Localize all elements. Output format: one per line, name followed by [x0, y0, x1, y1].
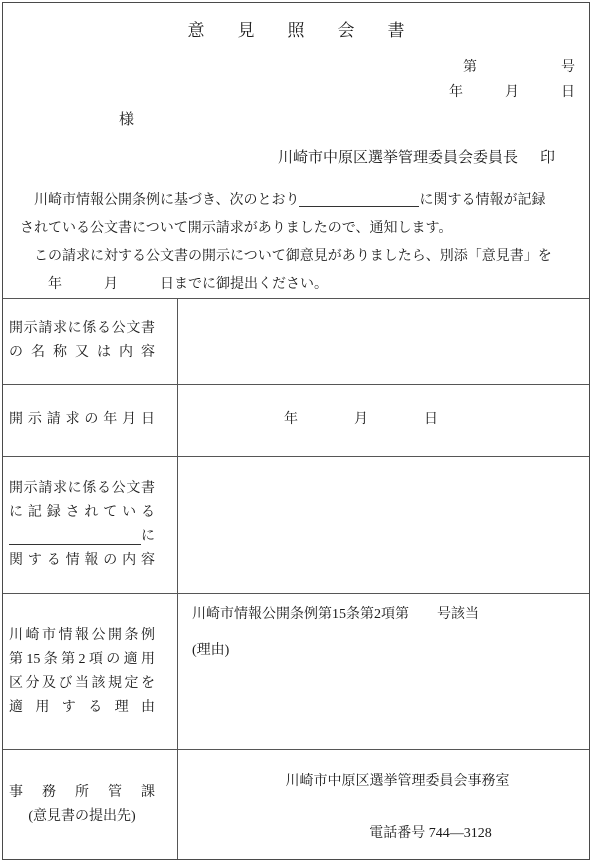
table-row-office-in-charge: 事務所管課 (意見書の提出先) 川崎市中原区選挙管理委員会事務室 電話番号 74…: [3, 750, 589, 859]
row-label: 開示請求に係る公文書 の名称又は内容: [3, 299, 178, 384]
row-label: 開示請求に係る公文書 に記録されている に 関する情報の内容: [3, 457, 178, 594]
addressee-honorific: 様: [119, 108, 134, 129]
label-line: (意見書の提出先): [9, 805, 155, 829]
label-line: 川崎市情報公開条例: [9, 624, 155, 648]
body-paragraphs: 川崎市情報公開条例に基づき、次のとおりに関する情報が記録 されている公文書につい…: [20, 187, 579, 299]
paragraph-1-line-1: 川崎市情報公開条例に基づき、次のとおりに関する情報が記録: [20, 187, 579, 215]
label-line: に: [141, 525, 155, 549]
label-line: 開示請求の年月日: [9, 408, 155, 432]
label-line: 区分及び当該規定を: [9, 672, 155, 696]
table-row-request-date: 開示請求の年月日 年 月 日: [3, 385, 589, 457]
doc-number-line: 第 号: [449, 55, 575, 80]
row-value-empty: [178, 299, 589, 384]
label-line: 事務所管課: [9, 781, 155, 805]
row-value-date: 年 月 日: [178, 385, 589, 456]
doc-number-block: 第 号 年 月 日: [449, 55, 575, 105]
document-page: 意 見 照 会 書 第 号 年 月 日 様 川崎市中原区選挙管理委員会委員長印 …: [2, 2, 590, 860]
office-name: 川崎市中原区選挙管理委員会事務室: [178, 750, 589, 794]
table-row-ordinance-reason: 川崎市情報公開条例 第15条第2項の適用 区分及び当該規定を 適用する理由 川崎…: [3, 594, 589, 750]
reason-label: (理由): [178, 639, 589, 663]
phone-number: 電話番号 744―3128: [178, 822, 589, 846]
label-line-with-blank: に: [9, 525, 155, 549]
paragraph-3: 年 月 日までに御提出ください。: [20, 271, 579, 299]
row-label: 開示請求の年月日: [3, 385, 178, 456]
row-label: 事務所管課 (意見書の提出先): [3, 750, 178, 859]
document-title: 意 見 照 会 書: [3, 16, 589, 41]
p1-text-before-blank: 川崎市情報公開条例に基づき、次のとおり: [20, 193, 299, 208]
blank-underline: [299, 193, 419, 207]
blank-underline: [9, 531, 141, 545]
seal-mark: 印: [540, 150, 555, 166]
row-value-ordinance: 川崎市情報公開条例第15条第2項第 号該当 (理由): [178, 594, 589, 749]
label-line: に記録されている: [9, 501, 155, 525]
table-row-document-name: 開示請求に係る公文書 の名称又は内容: [3, 299, 589, 385]
issuer-name: 川崎市中原区選挙管理委員会委員長: [278, 150, 518, 166]
label-line: 適用する理由: [9, 696, 155, 720]
label-line: 関する情報の内容: [9, 549, 155, 573]
paragraph-2: この請求に対する公文書の開示について御意見がありましたら、別添「意見書」を: [20, 243, 579, 271]
table-row-recorded-info: 開示請求に係る公文書 に記録されている に 関する情報の内容: [3, 457, 589, 595]
label-line: 第15条第2項の適用: [9, 648, 155, 672]
paragraph-1-line-2: されている公文書について開示請求がありましたので、通知します。: [20, 215, 579, 243]
row-value-empty: [178, 457, 589, 594]
row-label: 川崎市情報公開条例 第15条第2項の適用 区分及び当該規定を 適用する理由: [3, 594, 178, 749]
label-line: 開示請求に係る公文書: [9, 477, 155, 501]
label-line: 開示請求に係る公文書: [9, 317, 155, 341]
label-line: の名称又は内容: [9, 341, 155, 365]
doc-date-line: 年 月 日: [449, 80, 575, 105]
row-value-office: 川崎市中原区選挙管理委員会事務室 電話番号 744―3128: [178, 750, 589, 859]
p1-text-after-blank: に関する情報が記録: [419, 193, 545, 208]
ordinance-applicability-line: 川崎市情報公開条例第15条第2項第 号該当: [178, 594, 589, 627]
issuer-line: 川崎市中原区選挙管理委員会委員長印: [278, 146, 555, 167]
details-table: 開示請求に係る公文書 の名称又は内容 開示請求の年月日 年 月 日 開示請求に係…: [3, 298, 589, 859]
